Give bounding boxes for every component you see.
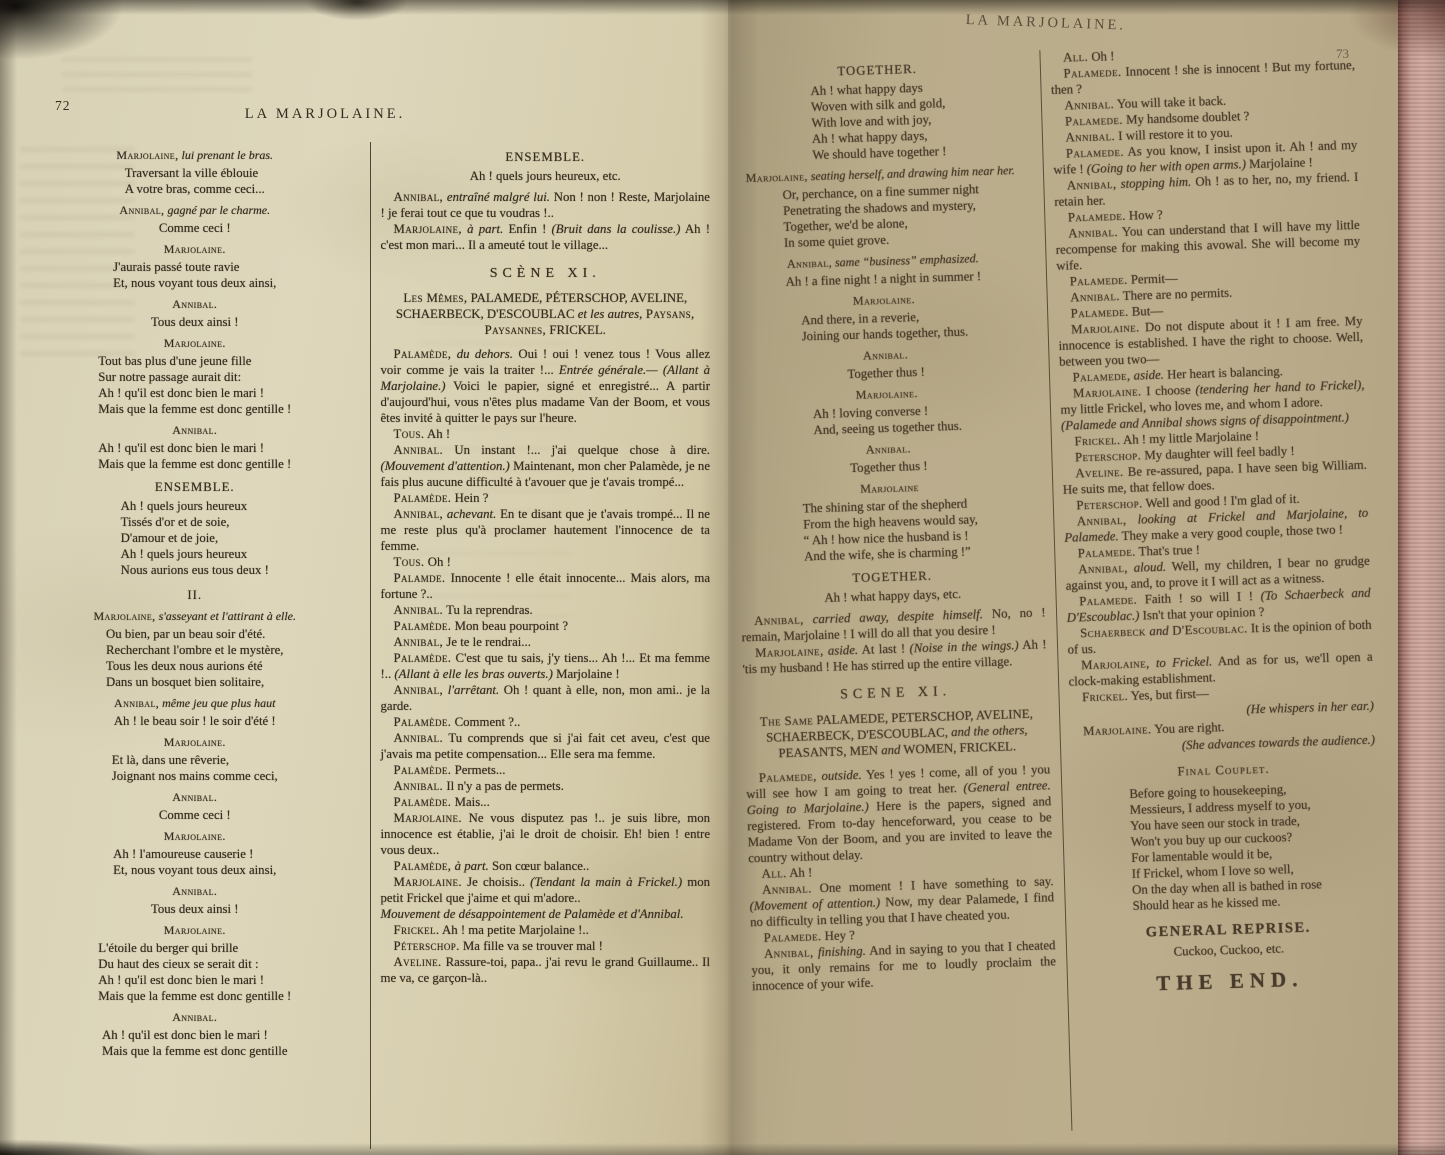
dialogue-paragraph: Tous. Ah ! [381, 426, 711, 442]
dialogue-paragraph: Annibal. Un instant !... j'ai quelque ch… [381, 442, 711, 490]
verse-line: Ah ! qu'il est donc bien le mari ! [102, 1027, 288, 1043]
verse-block: Ah ! le beau soir ! le soir d'été ! [30, 713, 360, 729]
dialogue-paragraph: Annibal, Je te le rendrai... [381, 634, 711, 650]
dialogue-text: Marjolaine ! [553, 667, 620, 681]
dialogue-text: Yes, but first— [1128, 687, 1209, 703]
verse-line: Ah ! qu'il est donc bien le mari ! [98, 385, 291, 401]
verse-line: Ah ! l'amoureuse causerie ! [113, 846, 276, 862]
stage-direction: Mouvement de désappointement de Palamède… [381, 907, 684, 921]
speaker-name: Tous. [394, 555, 425, 569]
verse-line: Comme ceci ! [159, 220, 231, 236]
verse-block: Ah ! qu'il est donc bien le mari !Mais q… [30, 1027, 360, 1059]
speaker-cue: Marjolaine. [30, 241, 360, 257]
verse-block: Ah ! what happy daysWoven with silk and … [725, 77, 1032, 166]
speaker-name: Marjolaine. [394, 811, 462, 825]
speaker-name: Palamede. [1068, 209, 1126, 225]
speaker-name: Palamède. [394, 715, 452, 729]
dialogue-paragraph: Palamede, outside. Yes ! yes ! come, all… [746, 761, 1053, 866]
verse-block: And there, in a reverie,Joining our hand… [732, 305, 1037, 346]
dialogue-paragraph: Palamède. Permets... [381, 762, 711, 778]
verse-block: Tous deux ainsi ! [30, 901, 360, 917]
dialogue-text: Ma fille va se trouver mal ! [460, 939, 603, 953]
speaker-name: Palamède. [394, 651, 452, 665]
verse-line: Tout bas plus d'une jeune fille [98, 353, 291, 369]
speaker-name: Annibal. [762, 881, 812, 896]
speaker-cue: Marjolaine. [30, 734, 360, 750]
verse-lines: Ah ! a fine night ! a night in summer ! [785, 268, 981, 290]
speaker-name: Annibal, [787, 256, 832, 271]
verse-lines: Et là, dans une rêverie,Joignant nos mai… [112, 752, 278, 784]
verse-line: Tous deux ainsi ! [151, 314, 239, 330]
verse-block: Et là, dans une rêverie,Joignant nos mai… [30, 752, 360, 784]
dialogue-paragraph: Annibal, entraîné malgré lui. Non ! non … [381, 189, 711, 221]
speaker-name: Palamede. [763, 929, 821, 945]
speaker-name: Peterschop. [1076, 496, 1143, 512]
dialogue-text: At last ! [858, 641, 910, 657]
verse-line: A votre bras, comme ceci... [125, 181, 265, 197]
verse-line: Et là, dans une rêverie, [112, 752, 278, 768]
speaker-name: Palamede, [1072, 369, 1130, 385]
speaker-name: Marjolaine, [93, 609, 155, 623]
speaker-cue: Annibal. [30, 883, 360, 899]
dialogue-text: Oh ! [425, 555, 451, 569]
stage-direction: du dehors. [451, 347, 513, 361]
speaker-name: Aveline. [1075, 465, 1124, 480]
verse-line: Ah ! a fine night ! a night in summer ! [785, 268, 981, 290]
verse-line: Recherchant l'ombre et le mystère, [106, 642, 283, 658]
section-heading: SCENE XI. [743, 681, 1048, 706]
dialogue-paragraph: Palamède, à part. Son cœur balance.. [381, 858, 711, 874]
verse-block: Ah ! qu'il est donc bien le mari !Mais q… [30, 440, 360, 472]
verse-lines: Tout bas plus d'une jeune filleSur notre… [98, 353, 291, 417]
speaker-name: Annibal. [394, 443, 444, 457]
speaker-name: Palamede. [1070, 305, 1128, 321]
speaker-name: Palamède. [394, 763, 452, 777]
speaker-name: Peterschop. [1075, 448, 1142, 464]
verse-line: Ah ! quels jours heureux [121, 498, 269, 514]
dialogue-paragraph: Palamède, du dehors. Oui ! oui ! venez t… [381, 346, 711, 426]
verse-line: Tous deux ainsi ! [151, 901, 239, 917]
speaker-name: Annibal, [754, 613, 804, 628]
stage-direction: and [1149, 624, 1169, 639]
stage-direction: (Noise in the wings.) [909, 638, 1019, 655]
dialogue-text: PEASANTS, MEN [778, 743, 881, 760]
stage-direction: à part. [462, 222, 503, 236]
speaker-name: Annibal. [394, 603, 444, 617]
stage-direction: entraîné malgré lui. [443, 190, 550, 204]
verse-line: Mais que la femme est donc gentille ! [98, 456, 291, 472]
verse-line: We should have together ! [812, 143, 947, 163]
verse-line: Nous aurions eus tous deux ! [121, 562, 269, 578]
verse-lines: Together thus ! [847, 364, 925, 382]
speaker-name: Annibal, [394, 190, 444, 204]
dialogue-text: Permit— [1127, 271, 1178, 286]
speaker-name: The Same [760, 713, 814, 729]
speaker-name: Annibal. [172, 790, 217, 804]
speaker-name: Péterschop. [394, 939, 460, 953]
speaker-name: Marjolaine. [164, 923, 226, 937]
speaker-name: Annibal, [394, 683, 444, 697]
stage-direction: à part. [451, 859, 488, 873]
speaker-name: Marjolaine. [1071, 320, 1140, 336]
speaker-name: Annibal, [119, 203, 164, 217]
stage-direction: lui prenant le bras. [179, 148, 274, 162]
stage-direction: (He whispers in her ear.) [1246, 699, 1374, 717]
dialogue-paragraph: Frickel. Ah ! ma petite Marjolaine !.. [381, 922, 711, 938]
verse-lines: Or, perchance, on a fine summer nightPen… [782, 181, 980, 251]
speaker-name: Palamède, [394, 347, 452, 361]
speaker-name: Palamède. [394, 619, 452, 633]
dialogue-paragraph: Annibal, achevant. En te disant que je t… [381, 506, 711, 554]
stage-direction: aside. [823, 643, 858, 658]
speaker-name: Annibal, [1077, 513, 1127, 528]
speaker-name: All. [1063, 50, 1088, 65]
dialogue-paragraph: Marjolaine. Je choisis.. (Tendant la mai… [381, 874, 711, 906]
verse-lines: Ah ! quels jours heureux, etc. [470, 168, 621, 184]
verse-line: J'aurais passé toute ravie [113, 259, 276, 275]
stage-direction: (Movement of attention.) [749, 895, 880, 913]
verse-lines: Ah ! quels jours heureuxTissés d'or et d… [121, 498, 269, 578]
verse-lines: L'étoile du berger qui brilleDu haut des… [98, 940, 291, 1004]
verse-block: J'aurais passé toute ravieEt, nous voyan… [30, 259, 360, 291]
dialogue-paragraph: Palamède. Mais... [381, 794, 711, 810]
dialogue-paragraph: Les Mêmes, PALAMEDE, PÉTERSCHOP, AVELINE… [381, 290, 711, 338]
stage-direction: l'arrêtant. [443, 683, 499, 697]
speaker-name: Aveline. [394, 955, 442, 969]
dialogue-text: Hein ? [451, 491, 488, 505]
verse-line: Joignant nos mains comme ceci, [112, 768, 278, 784]
verse-block: Ah ! loving converse !And, seeing us tog… [735, 399, 1040, 440]
speaker-name: Marjolaine. [164, 242, 226, 256]
dialogue-paragraph: Mouvement de désappointement de Palamède… [381, 906, 711, 922]
verse-line: Ah ! what happy days, etc. [824, 586, 961, 606]
dialogue-paragraph: Aveline. Rassure-toi, papa.. j'ai revu l… [381, 954, 711, 986]
speaker-name: Les Mêmes, [403, 291, 467, 305]
dialogue-paragraph: Annibal. One moment ! I have something t… [749, 873, 1055, 930]
speaker-name: Annibal. [172, 423, 217, 437]
speaker-name: Palamède. [394, 491, 452, 505]
dialogue-text: Un instant !... j'ai quelque chose à dir… [443, 443, 710, 457]
dialogue-paragraph: Annibal. Tu la reprendras. [381, 602, 711, 618]
dialogue-paragraph: Annibal, l'arrêtant. Oh ! quant à elle, … [381, 682, 711, 714]
verse-line: Et, nous voyant tous deux ainsi, [113, 862, 276, 878]
verse-lines: J'aurais passé toute ravieEt, nous voyan… [113, 259, 276, 291]
speaker-name: Marjolaine. [1083, 722, 1152, 738]
speaker-name: Annibal. [863, 347, 908, 362]
speaker-cue: Annibal. [30, 422, 360, 438]
speaker-name: Schaerbeck [1080, 624, 1150, 640]
dialogue-paragraph: Annibal. Il n'y a pas de permets. [381, 778, 711, 794]
verse-block: Or, perchance, on a fine summer nightPen… [728, 180, 1034, 253]
section-heading: THE END. [1077, 969, 1382, 994]
right-page-column-2: All. Oh !Palamede. Innocent ! she is inn… [1050, 41, 1386, 1131]
speaker-name: Marjolaine. [853, 292, 915, 308]
dialogue-paragraph: Palamède. Hein ? [381, 490, 711, 506]
dialogue-text: Ah ! [425, 427, 451, 441]
dialogue-text: Permets... [451, 763, 505, 777]
speaker-name: Marjolaine. [164, 829, 226, 843]
verse-lines: The shining star of the shepherdFrom the… [802, 495, 979, 564]
dialogue-text: Faith ! so will I ! [1137, 589, 1261, 607]
verse-lines: Ah ! l'amoureuse causerie !Et, nous voya… [113, 846, 276, 878]
verse-block: Tout bas plus d'une jeune filleSur notre… [30, 353, 360, 417]
speaker-cue: Marjolaine. [30, 922, 360, 938]
dialogue-text: Mais... [451, 795, 489, 809]
verse-lines: Tous deux ainsi ! [151, 901, 239, 917]
speaker-name: Annibal, [1067, 177, 1117, 192]
speaker-name: Frickel. [394, 923, 440, 937]
verse-line: Comme ceci ! [159, 807, 231, 823]
verse-block: L'étoile du berger qui brilleDu haut des… [30, 940, 360, 1004]
dialogue-paragraph: The Same PALAMEDE, PETERSCHOP, AVELINE, … [744, 705, 1050, 762]
speaker-name: Marjolaine [860, 480, 919, 496]
verse-lines: Ah ! qu'il est donc bien le mari !Mais q… [102, 1027, 288, 1059]
verse-block: Ah ! quels jours heureux, etc. [381, 168, 711, 184]
speaker-cue: Annibal, gagné par le charme. [30, 202, 360, 218]
dialogue-text: How ? [1126, 208, 1163, 223]
dialogue-text: Marjolaine ! [1246, 155, 1313, 171]
stage-direction: same “business” emphasized. [832, 251, 979, 269]
stage-direction: and [881, 743, 901, 758]
speaker-name: Frickel. [1074, 433, 1120, 448]
verse-block: Before going to housekeeping,Messieurs, … [1072, 779, 1380, 916]
speaker-name: Annibal. [1068, 225, 1118, 240]
running-title: LA MARJOLAINE. [175, 106, 475, 123]
dialogue-text: There are no permits. [1120, 286, 1233, 303]
speaker-name: Annibal. [172, 297, 217, 311]
speaker-name: Palamde. [394, 571, 446, 585]
stage-direction: finishing. [813, 944, 866, 960]
verse-block: Ou bien, par un beau soir d'été.Recherch… [30, 626, 360, 690]
verse-lines: Tous deux ainsi ! [151, 314, 239, 330]
verse-lines: Ou bien, par un beau soir d'été.Recherch… [106, 626, 283, 690]
stage-direction: (She advances towards the audience.) [1182, 733, 1376, 753]
speaker-name: All. [761, 866, 786, 881]
dialogue-text: Je choisis.. [462, 875, 530, 889]
dialogue-paragraph: Palamède. Mon beau pourpoint ? [381, 618, 711, 634]
verse-lines: Comme ceci ! [159, 220, 231, 236]
dialogue-paragraph: Palamède. Comment ?.. [381, 714, 711, 730]
dialogue-paragraph: Annibal. Tu comprends que si j'ai fait c… [381, 730, 711, 762]
stage-direction: s'asseyant et l'attirant à elle. [156, 609, 296, 623]
speaker-name: Palamede. [1066, 145, 1124, 161]
dialogue-text: Ah ! ma petite Marjolaine !.. [440, 923, 589, 937]
verse-block: Cuckoo, Cuckoo, etc. [1076, 938, 1381, 963]
stage-direction: même jeu que plus haut [159, 696, 275, 710]
verse-line: Mais que la femme est donc gentille [102, 1043, 288, 1059]
verse-block: Tous deux ainsi ! [30, 314, 360, 330]
dialogue-text: That's true ! [1135, 543, 1200, 559]
verse-lines: Comme ceci ! [159, 807, 231, 823]
verse-line: Ah ! qu'il est donc bien le mari ! [98, 972, 291, 988]
dialogue-paragraph: Palamède. C'est que tu sais, j'y tiens..… [381, 650, 711, 682]
verse-line: Ah ! qu'il est donc bien le mari ! [98, 440, 291, 456]
speaker-name: Marjolaine. [394, 875, 462, 889]
dialogue-paragraph: Marjolaine. Ne vous disputez pas !.. je … [381, 810, 711, 858]
right-page-columns: TOGETHER.Ah ! what happy daysWoven with … [725, 41, 1387, 1140]
verse-block: Comme ceci ! [30, 807, 360, 823]
speaker-name: Annibal. [394, 731, 444, 745]
verse-line: Cuckoo, Cuckoo, etc. [1173, 940, 1284, 959]
verse-block: Ah ! quels jours heureuxTissés d'or et d… [30, 498, 360, 578]
speaker-name: Annibal. [172, 884, 217, 898]
verse-line: D'amour et de joie, [121, 530, 269, 546]
speaker-name: Annibal. [1070, 289, 1120, 304]
speaker-name: Annibal, [1078, 561, 1128, 576]
speaker-name: Palamède. [394, 795, 452, 809]
stage-direction: aside. [1130, 368, 1164, 383]
dialogue-text: Enfin ! [503, 222, 551, 236]
book-fore-edge [1398, 0, 1445, 1155]
dialogue-text: Ah ! [787, 865, 813, 880]
verse-line: Sur notre passage aurait dit: [98, 369, 291, 385]
speaker-name: Annibal, [114, 696, 159, 710]
verse-lines: Ah ! qu'il est donc bien le mari !Mais q… [98, 440, 291, 472]
verse-line: Traversant la ville éblouie [125, 165, 265, 181]
dialogue-text: Mon beau pourpoint ? [451, 619, 568, 633]
dialogue-paragraph: Péterschop. Ma fille va se trouver mal ! [381, 938, 711, 954]
dialogue-text: Je te le rendrai... [443, 635, 531, 649]
speaker-name: Palamede, [759, 769, 817, 785]
speaker-cue: Annibal. [30, 1009, 360, 1025]
speaker-name: Marjolaine, [746, 169, 808, 185]
speaker-name: Annibal. [172, 1010, 217, 1024]
stage-direction: aloud. [1128, 560, 1167, 575]
section-heading: Final Couplet. [1071, 758, 1376, 783]
verse-lines: Ah ! le beau soir ! le soir d'été ! [114, 713, 276, 729]
dialogue-text: FRICKEL. [546, 323, 606, 337]
dialogue-text: You are right. [1151, 720, 1224, 736]
speaker-name: Annibal, [764, 945, 814, 960]
speaker-name: Annibal, [394, 507, 444, 521]
speaker-name: Palamède, [394, 859, 452, 873]
dialogue-text: Hey ? [821, 928, 855, 943]
stage-direction: et les autres, [578, 307, 643, 321]
verse-lines: Traversant la ville éblouieA votre bras,… [125, 165, 265, 197]
dialogue-text: I choose [1141, 383, 1195, 399]
verse-line: L'étoile du berger qui brille [98, 940, 291, 956]
verse-line: Tissés d'or et de soie, [121, 514, 269, 530]
verse-line: Du haut des cieux se serait dit : [98, 956, 291, 972]
verse-lines: Cuckoo, Cuckoo, etc. [1173, 940, 1284, 959]
verse-line: And, seeing us together thus. [813, 418, 962, 438]
speaker-cue: Annibal. [30, 296, 360, 312]
speaker-name: Marjolaine. [164, 336, 226, 350]
stage-direction: (Allant à elle les bras ouverts.) [394, 667, 553, 681]
section-heading: SCÈNE XI. [381, 266, 711, 282]
verse-line: Dans un bosquet bien solitaire, [106, 674, 283, 690]
page-left: 72 LA MARJOLAINE. Marjolaine, lui prenan… [0, 0, 728, 1155]
speaker-name: Marjolaine, [394, 222, 462, 236]
dialogue-paragraph: Palamde. Innocente ! elle était innocent… [381, 570, 711, 602]
stage-direction: (Mouvement d'attention.) [381, 459, 510, 473]
right-page-column-1: TOGETHER.Ah ! what happy daysWoven with … [725, 51, 1061, 1141]
stage-direction: outside. [817, 768, 862, 783]
stage-direction: stopping him. [1116, 175, 1191, 191]
speaker-name: Annibal. [1065, 129, 1115, 144]
speaker-cue: Annibal. [30, 789, 360, 805]
left-page-columns: Marjolaine, lui prenant le bras.Traversa… [30, 142, 710, 1149]
speaker-name: Palamede. [1070, 273, 1128, 289]
verse-line: Mais que la femme est donc gentille ! [98, 401, 291, 417]
verse-line: Ou bien, par un beau soir d'été. [106, 626, 283, 642]
speaker-name: Annibal. [1064, 97, 1114, 112]
speaker-name: Palamede. [1078, 545, 1136, 561]
speaker-cue: Annibal, même jeu que plus haut [30, 695, 360, 711]
verse-lines: Together thus ! [850, 458, 928, 476]
speaker-name: Marjolaine, [1081, 656, 1150, 672]
verse-line: Tous les deux nous aurions été [106, 658, 283, 674]
verse-block: Traversant la ville éblouieA votre bras,… [30, 165, 360, 197]
page-number: 72 [55, 98, 71, 114]
page-right: LA MARJOLAINE. 73 TOGETHER.Ah ! what hap… [728, 0, 1398, 1155]
dialogue-text: Comment ?.. [451, 715, 520, 729]
speaker-cue: Marjolaine, s'asseyant et l'attirant à e… [30, 608, 360, 624]
speaker-name: Frickel. [1082, 689, 1128, 704]
dialogue-paragraph: Annibal, finishing. And in saying to you… [751, 937, 1057, 994]
speaker-name: Marjolaine, [755, 644, 824, 660]
verse-line: Ah ! quels jours heureux [121, 546, 269, 562]
speaker-cue: Marjolaine. [30, 335, 360, 351]
verse-lines: Ah ! loving converse !And, seeing us tog… [813, 402, 962, 438]
verse-block: The shining star of the shepherdFrom the… [738, 493, 1044, 566]
stage-direction: (Tendant la main à Frickel.) [530, 875, 682, 889]
section-heading: ENSEMBLE. [30, 479, 360, 495]
column-divider [370, 142, 371, 1149]
bleed-through-text [62, 58, 252, 98]
speaker-name: Palamede. [1079, 593, 1137, 609]
dialogue-paragraph: Marjolaine, à part. Enfin ! (Bruit dans … [381, 221, 711, 253]
verse-lines: Ah ! what happy daysWoven with silk and … [810, 79, 947, 163]
verse-block: Ah ! l'amoureuse causerie !Et, nous voya… [30, 846, 360, 878]
verse-line: Ah ! le beau soir ! le soir d'été ! [114, 713, 276, 729]
verse-line: Et, nous voyant tous deux ainsi, [113, 275, 276, 291]
stage-direction: and the others, [951, 723, 1028, 739]
speaker-name: Marjolaine. [855, 386, 917, 402]
speaker-name: Marjolaine. [1073, 384, 1142, 400]
speaker-cue: Marjolaine, lui prenant le bras. [30, 147, 360, 163]
speaker-name: D'Escoublac. [1168, 621, 1247, 637]
dialogue-text: Tu la reprendras. [443, 603, 533, 617]
verse-lines: Ah ! what happy days, etc. [824, 586, 961, 606]
dialogue-text: But— [1128, 304, 1163, 319]
stage-direction: gagné par le charme. [164, 203, 270, 217]
stage-direction: achevant. [443, 507, 496, 521]
verse-block: Comme ceci ! [30, 220, 360, 236]
section-heading: II. [30, 587, 360, 603]
stage-direction: to Frickel. [1149, 654, 1212, 670]
dialogue-text: Son cœur balance.. [489, 859, 590, 873]
verse-line: Ah ! quels jours heureux, etc. [470, 168, 621, 184]
running-title: LA MARJOLAINE. [965, 12, 1126, 35]
book-photo: 72 LA MARJOLAINE. Marjolaine, lui prenan… [0, 0, 1445, 1155]
verse-line: Together thus ! [850, 458, 928, 476]
stage-direction: (tendering her hand to Frickel), [1195, 378, 1364, 397]
speaker-name: Marjolaine, [116, 148, 178, 162]
speaker-name: Tous. [394, 427, 425, 441]
speaker-cue: Marjolaine. [30, 828, 360, 844]
verse-line: Together thus ! [847, 364, 925, 382]
stage-direction: (Bruit dans la coulisse.) [552, 222, 681, 236]
verse-line: Mais que la femme est donc gentille ! [98, 988, 291, 1004]
left-page-column-2: ENSEMBLE.Ah ! quels jours heureux, etc.A… [381, 142, 711, 1149]
verse-lines: And there, in a reverie,Joining our hand… [801, 308, 968, 345]
dialogue-text: Il n'y a pas de permets. [443, 779, 564, 793]
left-page-column-1: Marjolaine, lui prenant le bras.Traversa… [30, 142, 360, 1149]
speaker-name: Palamede. [1063, 65, 1121, 81]
speaker-name: Annibal, [394, 635, 444, 649]
dialogue-text: WOMEN, FRICKEL. [900, 739, 1016, 756]
